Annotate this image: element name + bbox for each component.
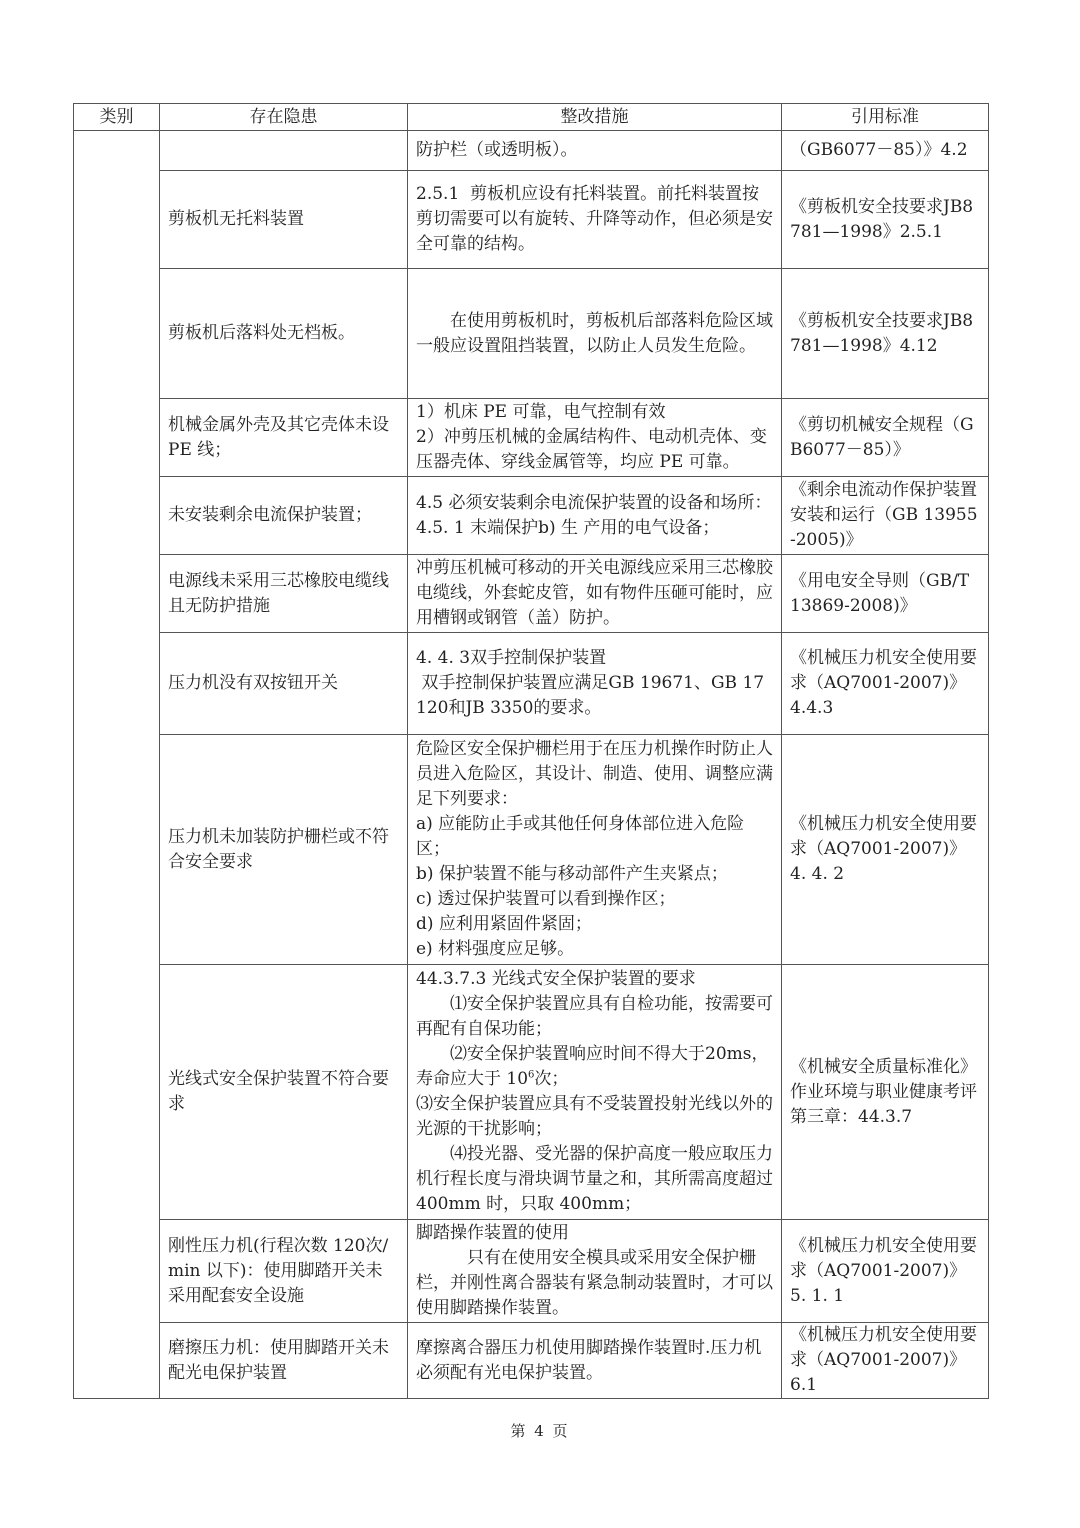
table-row: 磨擦压力机：使用脚踏开关未配光电保护装置 摩擦离合器压力机使用脚踏操作装置时.压… <box>74 1323 989 1399</box>
table-row: 电源线未采用三芯橡胶电缆线且无防护措施 冲剪压机械可移动的开关电源线应采用三芯橡… <box>74 555 989 633</box>
table-row: 未安装剩余电流保护装置； 4.5 必须安装剩余电流保护装置的设备和场所： 4.5… <box>74 477 989 555</box>
hazard-cell: 机械金属外壳及其它壳体未设 PE 线； <box>160 399 408 477</box>
hazard-cell: 刚性压力机(行程次数 120次/min 以下)：使用脚踏开关未采用配套安全设施 <box>160 1220 408 1323</box>
hazard-rectification-table: 类别 存在隐患 整改措施 引用标准 防护栏（或透明板）。 （GB6077－85）… <box>73 103 989 1399</box>
reference-cell: 《机械安全质量标准化》作业环境与职业健康考评第三章：44.3.7 <box>782 965 989 1220</box>
category-cell <box>74 131 160 1399</box>
reference-cell: 《剪板机安全技要求JB8781—1998》4.12 <box>782 269 989 399</box>
table-row: 剪板机后落料处无档板。 在使用剪板机时，剪板机后部落料危险区域一般应设置阻挡装置… <box>74 269 989 399</box>
hazard-cell: 剪板机无托料装置 <box>160 171 408 269</box>
measure-cell: 44.3.7.3 光线式安全保护装置的要求 ⑴安全保护装置应具有自检功能，按需要… <box>408 965 782 1220</box>
table-row: 剪板机无托料装置 2.5.1 剪板机应设有托料装置。前托料装置按剪切需要可以有旋… <box>74 171 989 269</box>
measure-cell: 摩擦离合器压力机使用脚踏操作装置时.压力机必须配有光电保护装置。 <box>408 1323 782 1399</box>
hazard-cell: 电源线未采用三芯橡胶电缆线且无防护措施 <box>160 555 408 633</box>
measure-cell: 防护栏（或透明板）。 <box>408 131 782 171</box>
hazard-cell: 压力机未加装防护栅栏或不符合安全要求 <box>160 735 408 965</box>
reference-cell: 《机械压力机安全使用要求（AQ7001-2007)》4. 4. 2 <box>782 735 989 965</box>
reference-cell: 《剪切机械安全规程（GB6077－85）》 <box>782 399 989 477</box>
hazard-cell: 磨擦压力机：使用脚踏开关未配光电保护装置 <box>160 1323 408 1399</box>
header-hazard: 存在隐患 <box>160 104 408 131</box>
header-measure: 整改措施 <box>408 104 782 131</box>
measure-cell: 冲剪压机械可移动的开关电源线应采用三芯橡胶电缆线，外套蛇皮管，如有物件压砸可能时… <box>408 555 782 633</box>
header-reference: 引用标准 <box>782 104 989 131</box>
measure-cell: 在使用剪板机时，剪板机后部落料危险区域一般应设置阻挡装置，以防止人员发生危险。 <box>408 269 782 399</box>
measure-cell: 危险区安全保护栅栏用于在压力机操作时防止人员进入危险区，其设计、制造、使用、调整… <box>408 735 782 965</box>
header-category: 类别 <box>74 104 160 131</box>
reference-cell: 《机械压力机安全使用要求（AQ7001-2007)》4.4.3 <box>782 633 989 735</box>
page-number: 第 4 页 <box>0 1420 1080 1441</box>
reference-cell: 《机械压力机安全使用要求（AQ7001-2007)》5. 1. 1 <box>782 1220 989 1323</box>
hazard-cell <box>160 131 408 171</box>
document-page: 类别 存在隐患 整改措施 引用标准 防护栏（或透明板）。 （GB6077－85）… <box>0 0 1080 1528</box>
measure-cell: 脚踏操作装置的使用 只有在使用安全模具或采用安全保护栅栏，并刚性离合器装有紧急制… <box>408 1220 782 1323</box>
table-header-row: 类别 存在隐患 整改措施 引用标准 <box>74 104 989 131</box>
reference-cell: （GB6077－85）》4.2 <box>782 131 989 171</box>
hazard-cell: 剪板机后落料处无档板。 <box>160 269 408 399</box>
hazard-cell: 未安装剩余电流保护装置； <box>160 477 408 555</box>
measure-cell: 4. 4. 3双手控制保护装置 双手控制保护装置应满足GB 19671、GB 1… <box>408 633 782 735</box>
reference-cell: 《机械压力机安全使用要求（AQ7001-2007)》 6.1 <box>782 1323 989 1399</box>
hazard-cell: 光线式安全保护装置不符合要求 <box>160 965 408 1220</box>
table-row: 光线式安全保护装置不符合要求 44.3.7.3 光线式安全保护装置的要求 ⑴安全… <box>74 965 989 1220</box>
table-row: 压力机没有双按钮开关 4. 4. 3双手控制保护装置 双手控制保护装置应满足GB… <box>74 633 989 735</box>
table-row: 机械金属外壳及其它壳体未设 PE 线； 1）机床 PE 可靠，电气控制有效 2）… <box>74 399 989 477</box>
table-row: 防护栏（或透明板）。 （GB6077－85）》4.2 <box>74 131 989 171</box>
hazard-cell: 压力机没有双按钮开关 <box>160 633 408 735</box>
reference-cell: 《用电安全导则（GB/T 13869-2008)》 <box>782 555 989 633</box>
table-row: 刚性压力机(行程次数 120次/min 以下)：使用脚踏开关未采用配套安全设施 … <box>74 1220 989 1323</box>
measure-cell: 1）机床 PE 可靠，电气控制有效 2）冲剪压机械的金属结构件、电动机壳体、变压… <box>408 399 782 477</box>
table-row: 压力机未加装防护栅栏或不符合安全要求 危险区安全保护栅栏用于在压力机操作时防止人… <box>74 735 989 965</box>
measure-cell: 2.5.1 剪板机应设有托料装置。前托料装置按剪切需要可以有旋转、升降等动作，但… <box>408 171 782 269</box>
reference-cell: 《剪板机安全技要求JB8781—1998》2.5.1 <box>782 171 989 269</box>
reference-cell: 《剩余电流动作保护装置安装和运行（GB 13955-2005)》 <box>782 477 989 555</box>
measure-cell: 4.5 必须安装剩余电流保护装置的设备和场所： 4.5. 1 末端保护b) 生 … <box>408 477 782 555</box>
